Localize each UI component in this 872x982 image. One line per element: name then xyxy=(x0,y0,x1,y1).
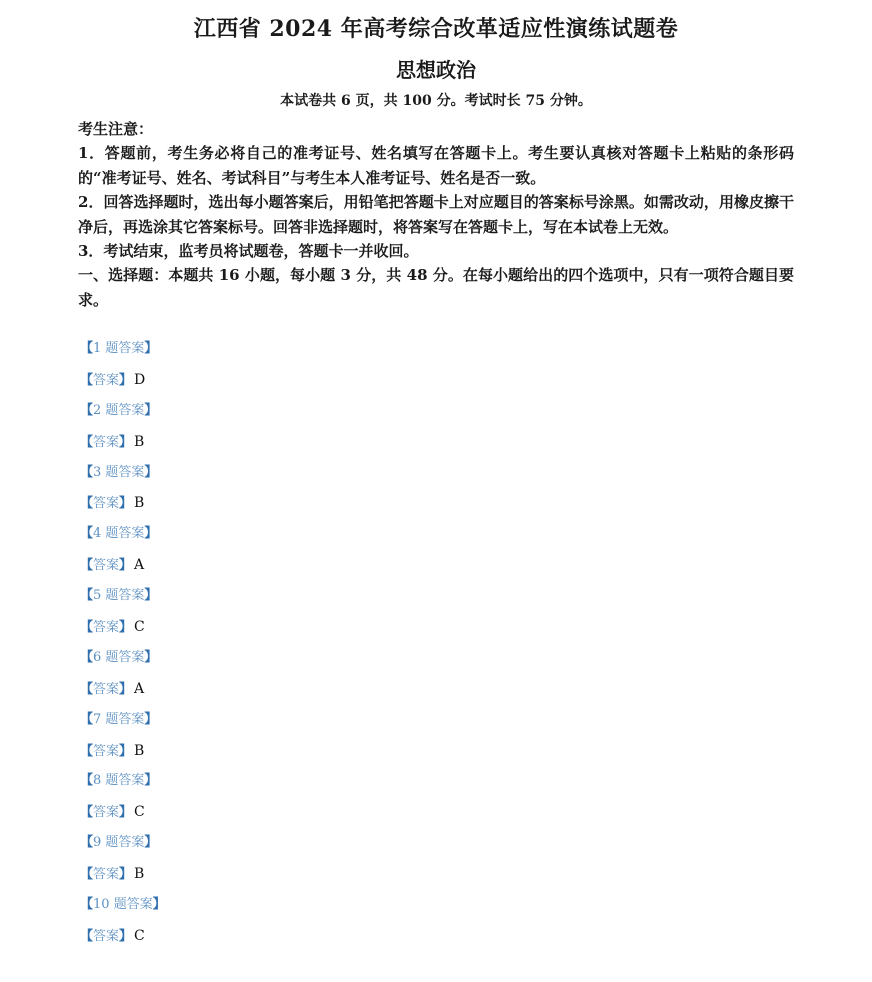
bracket-open: 【 xyxy=(80,435,93,450)
question-label-row: 【3 题答案】 xyxy=(80,462,480,493)
bracket-open: 【 xyxy=(80,650,93,665)
bracket-close: 】 xyxy=(144,403,157,418)
question-label-row: 【4 题答案】 xyxy=(80,523,480,554)
bracket-open: 【 xyxy=(80,341,93,356)
question-label: 5 题答案 xyxy=(93,588,144,603)
answer-row: 【答案】C xyxy=(80,925,480,956)
bracket-close: 】 xyxy=(119,373,132,388)
document-title: 江西省 2024 年高考综合改革适应性演练试题卷 xyxy=(0,14,872,44)
bracket-open: 【 xyxy=(80,496,93,511)
notice-heading: 考生注意： xyxy=(78,117,794,141)
section-heading: 一、选择题：本题共 16 小题，每小题 3 分，共 48 分。在每小题给出的四个… xyxy=(78,263,794,312)
answer-label: 答案 xyxy=(93,744,119,759)
question-label: 1 题答案 xyxy=(93,341,144,356)
bracket-close: 】 xyxy=(144,650,157,665)
bracket-close: 】 xyxy=(144,341,157,356)
question-label: 8 题答案 xyxy=(93,773,144,788)
bracket-close: 】 xyxy=(119,496,132,511)
question-label-row: 【1 题答案】 xyxy=(80,338,480,369)
answer-value: A xyxy=(134,557,144,573)
bracket-open: 【 xyxy=(80,588,93,603)
question-label: 2 题答案 xyxy=(93,403,144,418)
question-label-row: 【7 题答案】 xyxy=(80,709,480,740)
bracket-close: 】 xyxy=(119,929,132,944)
question-label-row: 【10 题答案】 xyxy=(80,894,480,925)
bracket-open: 【 xyxy=(80,805,93,820)
question-label: 10 题答案 xyxy=(93,897,153,912)
answer-list: 【1 题答案】 【答案】D 【2 题答案】 【答案】B 【3 题答案】 【答案】… xyxy=(80,338,480,956)
bracket-close: 】 xyxy=(144,526,157,541)
candidate-notice: 考生注意： 1．答题前，考生务必将自己的准考证号、姓名填写在答题卡上。考生要认真… xyxy=(78,117,794,312)
question-label-row: 【5 题答案】 xyxy=(80,585,480,616)
bracket-open: 【 xyxy=(80,835,93,850)
bracket-open: 【 xyxy=(80,526,93,541)
answer-value: B xyxy=(134,434,144,450)
bracket-close: 】 xyxy=(144,712,157,727)
bracket-close: 】 xyxy=(119,435,132,450)
answer-label: 答案 xyxy=(93,929,119,944)
answer-value: A xyxy=(134,681,144,697)
exam-meta: 本试卷共 6 页，共 100 分。考试时长 75 分钟。 xyxy=(0,91,872,111)
bracket-open: 【 xyxy=(80,558,93,573)
bracket-open: 【 xyxy=(80,773,93,788)
bracket-close: 】 xyxy=(119,744,132,759)
notice-item-2: 2．回答选择题时，选出每小题答案后，用铅笔把答题卡上对应题目的答案标号涂黑。如需… xyxy=(78,190,794,239)
bracket-open: 【 xyxy=(80,465,93,480)
answer-row: 【答案】B xyxy=(80,740,480,771)
answer-value: B xyxy=(134,495,144,511)
answer-row: 【答案】B xyxy=(80,863,480,894)
bracket-close: 】 xyxy=(119,867,132,882)
answer-label: 答案 xyxy=(93,805,119,820)
bracket-open: 【 xyxy=(80,403,93,418)
question-label: 9 题答案 xyxy=(93,835,144,850)
answer-value: B xyxy=(134,866,144,882)
bracket-close: 】 xyxy=(144,835,157,850)
bracket-close: 】 xyxy=(119,682,132,697)
bracket-open: 【 xyxy=(80,682,93,697)
notice-item-3: 3．考试结束，监考员将试题卷，答题卡一并收回。 xyxy=(78,239,794,263)
answer-row: 【答案】B xyxy=(80,492,480,523)
question-label-row: 【2 题答案】 xyxy=(80,400,480,431)
answer-label: 答案 xyxy=(93,682,119,697)
bracket-close: 】 xyxy=(153,897,166,912)
answer-value: D xyxy=(134,372,145,388)
bracket-open: 【 xyxy=(80,744,93,759)
bracket-close: 】 xyxy=(144,465,157,480)
answer-label: 答案 xyxy=(93,620,119,635)
bracket-close: 】 xyxy=(119,620,132,635)
bracket-open: 【 xyxy=(80,867,93,882)
question-label-row: 【9 题答案】 xyxy=(80,832,480,863)
bracket-open: 【 xyxy=(80,373,93,388)
bracket-open: 【 xyxy=(80,620,93,635)
bracket-close: 】 xyxy=(144,773,157,788)
bracket-open: 【 xyxy=(80,929,93,944)
bracket-close: 】 xyxy=(119,805,132,820)
answer-row: 【答案】B xyxy=(80,431,480,462)
answer-value: C xyxy=(134,804,145,820)
subject-title: 思想政治 xyxy=(0,56,872,84)
notice-item-1: 1．答题前，考生务必将自己的准考证号、姓名填写在答题卡上。考生要认真核对答题卡上… xyxy=(78,141,794,190)
answer-value: B xyxy=(134,743,144,759)
answer-row: 【答案】C xyxy=(80,801,480,832)
answer-row: 【答案】A xyxy=(80,678,480,709)
question-label: 4 题答案 xyxy=(93,526,144,541)
answer-label: 答案 xyxy=(93,558,119,573)
answer-row: 【答案】C xyxy=(80,616,480,647)
bracket-open: 【 xyxy=(80,897,93,912)
question-label: 6 题答案 xyxy=(93,650,144,665)
answer-value: C xyxy=(134,619,145,635)
answer-row: 【答案】A xyxy=(80,554,480,585)
answer-label: 答案 xyxy=(93,373,119,388)
bracket-open: 【 xyxy=(80,712,93,727)
answer-value: C xyxy=(134,928,145,944)
question-label-row: 【6 题答案】 xyxy=(80,647,480,678)
exam-page: 江西省 2024 年高考综合改革适应性演练试题卷 思想政治 本试卷共 6 页，共… xyxy=(0,0,872,982)
bracket-close: 】 xyxy=(119,558,132,573)
answer-label: 答案 xyxy=(93,435,119,450)
question-label-row: 【8 题答案】 xyxy=(80,770,480,801)
question-label: 3 题答案 xyxy=(93,465,144,480)
answer-label: 答案 xyxy=(93,496,119,511)
bracket-close: 】 xyxy=(144,588,157,603)
answer-label: 答案 xyxy=(93,867,119,882)
question-label: 7 题答案 xyxy=(93,712,144,727)
answer-row: 【答案】D xyxy=(80,369,480,400)
